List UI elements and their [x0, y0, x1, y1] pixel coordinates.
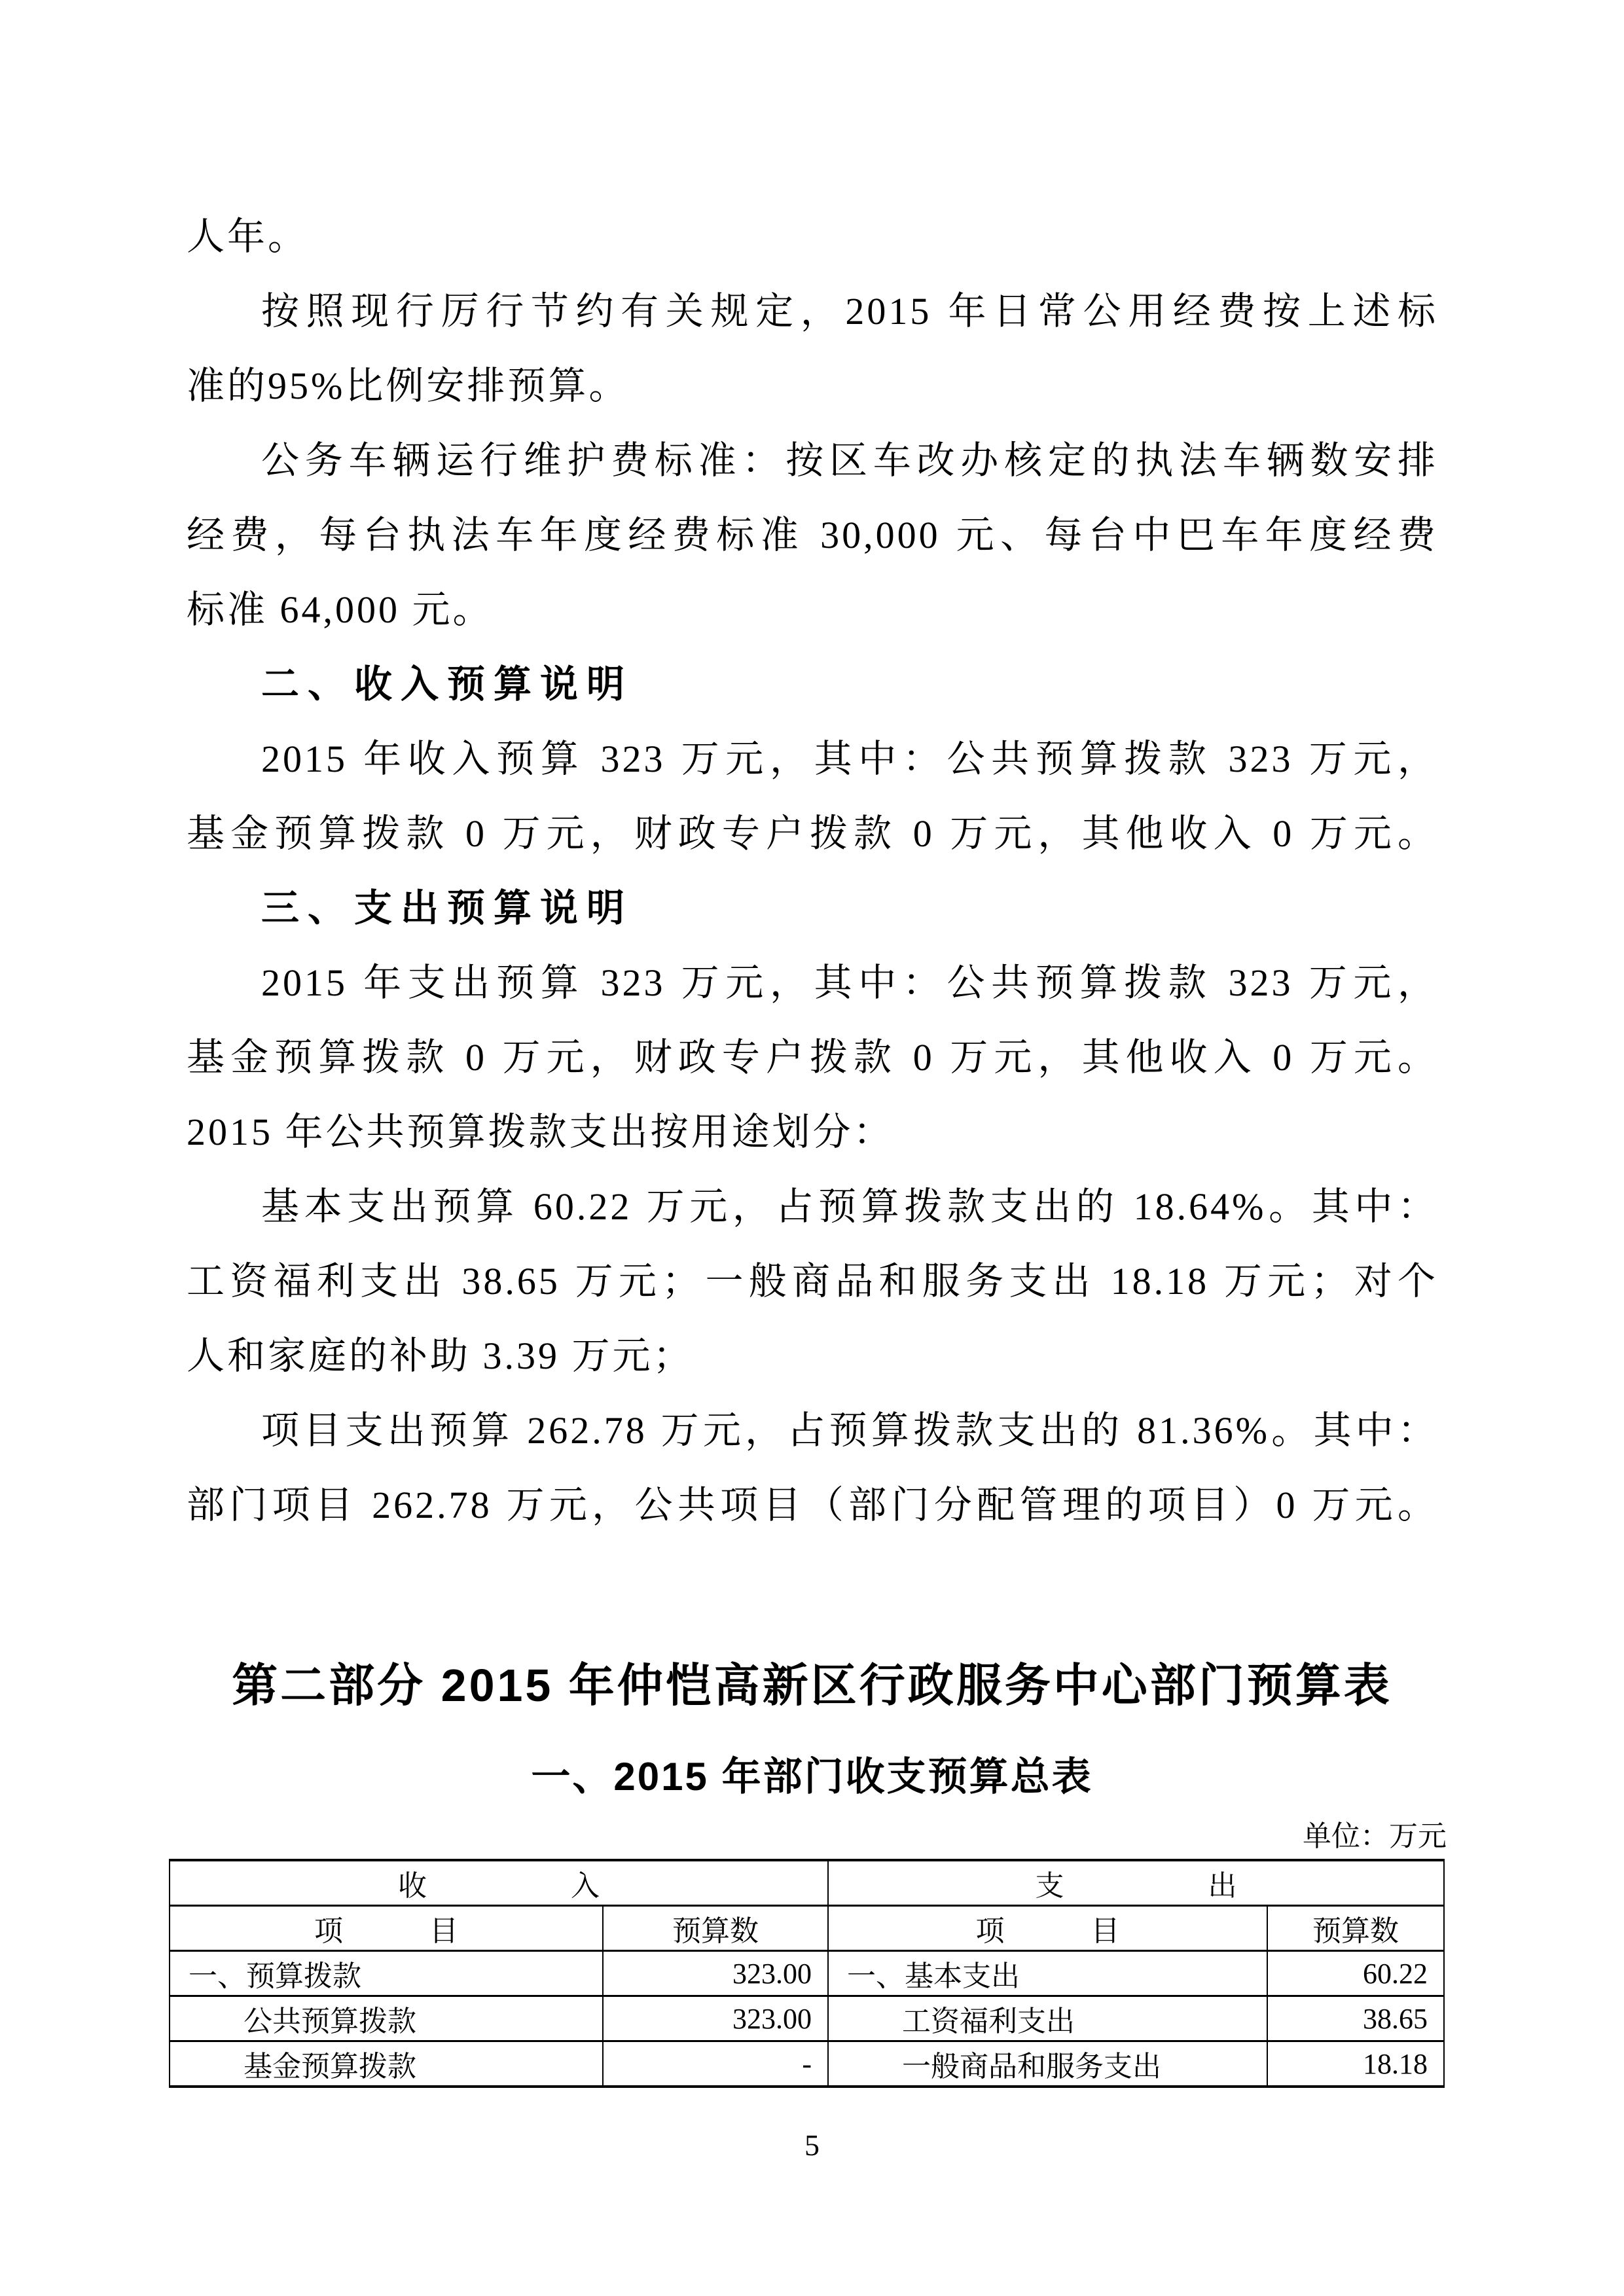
column-header-income-item: 项 目: [170, 1906, 603, 1951]
section-heading-line: 三、支出预算说明: [187, 871, 1438, 946]
column-header-expense-item: 项 目: [828, 1906, 1267, 1951]
body-line: 2015 年公共预算拨款支出按用途划分：: [187, 1095, 1438, 1170]
table-title: 一、2015 年部门收支预算总表: [0, 1741, 1624, 1813]
table-row: 一、预算拨款 323.00 一、基本支出 60.22: [170, 1951, 1444, 1996]
income-item-cell: 基金预算拨款: [170, 2041, 603, 2087]
body-line: 公务车辆运行维护费标准：按区车改办核定的执法车辆数安排: [187, 423, 1438, 498]
income-item-cell: 公共预算拨款: [170, 1996, 603, 2041]
body-line: 按照现行厉行节约有关规定，2015 年日常公用经费按上述标: [187, 274, 1438, 349]
body-line: 项目支出预算 262.78 万元，占预算拨款支出的 81.36%。其中：: [187, 1393, 1438, 1468]
income-amount-cell: -: [603, 2041, 828, 2087]
section-heading-line: 二、收入预算说明: [187, 647, 1438, 722]
body-line: 准的95%比例安排预算。: [187, 349, 1438, 423]
budget-summary-table: 收 入 支 出 项 目 预算数 项 目 预算数 一、预算拨款 323.00 一、…: [169, 1859, 1445, 2088]
unit-label-row: 单位：万元: [0, 1818, 1624, 1855]
table-row: 基金预算拨款 - 一般商品和服务支出 18.18: [170, 2041, 1444, 2087]
column-header-expense-amount: 预算数: [1267, 1906, 1444, 1951]
body-line: 经费，每台执法车年度经费标准 30,000 元、每台中巴车年度经费: [187, 498, 1438, 573]
column-header-income-amount: 预算数: [603, 1906, 828, 1951]
expense-item-cell: 一般商品和服务支出: [828, 2041, 1267, 2087]
page-number: 5: [0, 2127, 1624, 2164]
body-line: 工资福利支出 38.65 万元；一般商品和服务支出 18.18 万元；对个: [187, 1244, 1438, 1319]
body-line: 标准 64,000 元。: [187, 573, 1438, 647]
expense-amount-cell: 38.65: [1267, 1996, 1444, 2041]
income-amount-cell: 323.00: [603, 1951, 828, 1996]
body-line: 部门项目 262.78 万元，公共项目（部门分配管理的项目）0 万元。: [187, 1468, 1438, 1543]
expense-item-cell: 一、基本支出: [828, 1951, 1267, 1996]
body-line: 基金预算拨款 0 万元，财政专户拨款 0 万元，其他收入 0 万元。: [187, 1020, 1438, 1095]
table-header-row-2: 项 目 预算数 项 目 预算数: [170, 1906, 1444, 1951]
header-expense: 支 出: [828, 1860, 1444, 1906]
expense-item-cell: 工资福利支出: [828, 1996, 1267, 2041]
expense-amount-cell: 60.22: [1267, 1951, 1444, 1996]
section-title: 第二部分 2015 年仲恺高新区行政服务中心部门预算表: [0, 1640, 1624, 1731]
table-row: 公共预算拨款 323.00 工资福利支出 38.65: [170, 1996, 1444, 2041]
body-line: 人年。: [187, 200, 1438, 274]
document-page: 人年。按照现行厉行节约有关规定，2015 年日常公用经费按上述标准的95%比例安…: [0, 0, 1624, 2296]
unit-label: 单位：万元: [1303, 1820, 1447, 1852]
income-item-cell: 一、预算拨款: [170, 1951, 603, 1996]
body-line: 基金预算拨款 0 万元，财政专户拨款 0 万元，其他收入 0 万元。: [187, 797, 1438, 871]
body-text-block: 人年。按照现行厉行节约有关规定，2015 年日常公用经费按上述标准的95%比例安…: [0, 0, 1624, 1543]
body-line: 基本支出预算 60.22 万元，占预算拨款支出的 18.64%。其中：: [187, 1170, 1438, 1244]
income-amount-cell: 323.00: [603, 1996, 828, 2041]
body-line: 2015 年支出预算 323 万元，其中：公共预算拨款 323 万元，: [187, 946, 1438, 1020]
table-header-row-1: 收 入 支 出: [170, 1860, 1444, 1906]
body-line: 人和家庭的补助 3.39 万元；: [187, 1319, 1438, 1393]
body-line: 2015 年收入预算 323 万元，其中：公共预算拨款 323 万元，: [187, 722, 1438, 797]
header-income: 收 入: [170, 1860, 828, 1906]
expense-amount-cell: 18.18: [1267, 2041, 1444, 2087]
